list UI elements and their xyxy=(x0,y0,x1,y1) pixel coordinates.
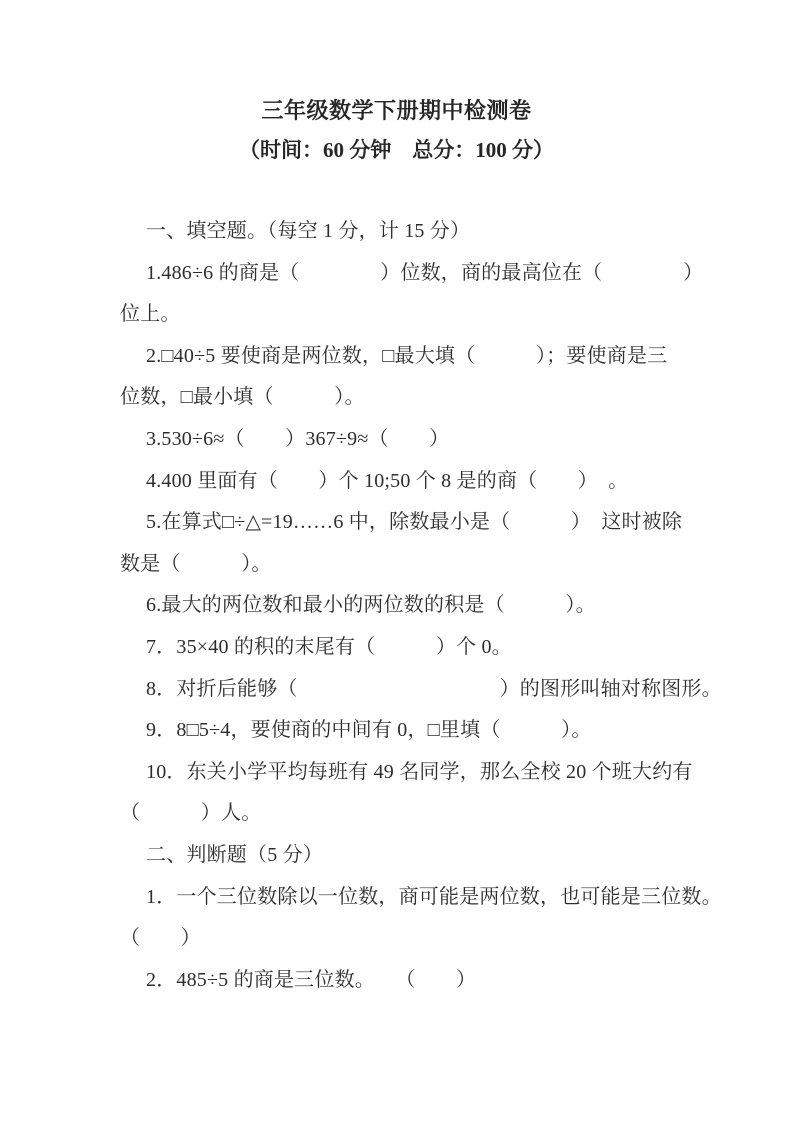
fill-q10-line1: 10．东关小学平均每班有 49 名同学，那么全校 20 个班大约有 xyxy=(120,752,740,794)
fill-q5-line1: 5.在算式□÷△=19……6 中，除数最小是（ ） 这时被除 xyxy=(120,502,740,544)
fill-q1-line2: 位上。 xyxy=(120,294,740,336)
exam-paper-page: 三年级数学下册期中检测卷 （时间：60 分钟 总分：100 分） 一、填空题。（… xyxy=(0,0,793,1122)
fill-q6: 6.最大的两位数和最小的两位数的积是（ ）。 xyxy=(120,585,740,627)
fill-q8: 8．对折后能够（ ）的图形叫轴对称图形。 xyxy=(120,669,740,711)
fill-q1-line1: 1.486÷6 的商是（ ）位数，商的最高位在（ ） xyxy=(120,253,740,295)
fill-q2-line2: 位数，□最小填（ ）。 xyxy=(120,377,740,419)
section1-heading: 一、填空题。（每空 1 分，计 15 分） xyxy=(120,211,740,253)
page-subtitle: （时间：60 分钟 总分：100 分） xyxy=(0,135,793,165)
section2-heading: 二、判断题（5 分） xyxy=(120,835,740,877)
page-title: 三年级数学下册期中检测卷 xyxy=(0,96,793,126)
fill-q7: 7．35×40 的积的末尾有（ ）个 0。 xyxy=(120,627,740,669)
judge-q1-line2: （ ） xyxy=(120,918,740,960)
judge-q1-line1: 1．一个三位数除以一位数，商可能是两位数，也可能是三位数。 xyxy=(120,877,740,919)
fill-q4: 4.400 里面有（ ）个 10;50 个 8 是的商（ ） 。 xyxy=(120,461,740,503)
fill-q9: 9．8□5÷4，要使商的中间有 0，□里填（ ）。 xyxy=(120,710,740,752)
fill-q3: 3.530÷6≈（ ）367÷9≈（ ） xyxy=(120,419,740,461)
exam-body: 一、填空题。（每空 1 分，计 15 分） 1.486÷6 的商是（ ）位数，商… xyxy=(120,211,740,1001)
fill-q10-line2: （ ）人。 xyxy=(120,793,740,835)
judge-q2: 2．485÷5 的商是三位数。 （ ） xyxy=(120,960,740,1002)
fill-q2-line1: 2.□40÷5 要使商是两位数，□最大填（ ）；要使商是三 xyxy=(120,336,740,378)
fill-q5-line2: 数是（ ）。 xyxy=(120,544,740,586)
